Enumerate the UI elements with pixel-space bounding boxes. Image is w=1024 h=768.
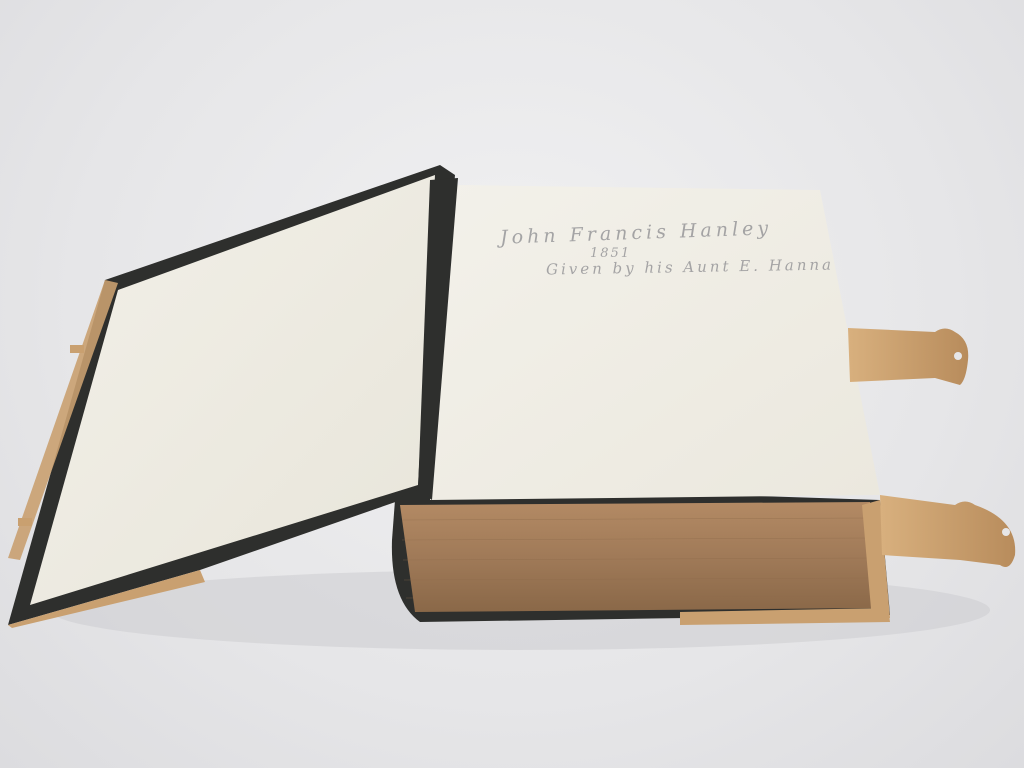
brass-clasp-lower [880,495,1015,567]
front-cover [8,165,455,628]
clasp-pin-upper [70,345,84,353]
clasp-pin-lower [18,518,32,526]
book-illustration [0,0,1024,768]
brass-clasp-upper [848,328,968,385]
photo-scene: John Francis Hanley 1851 Given by his Au… [0,0,1024,768]
book-block [392,178,890,625]
